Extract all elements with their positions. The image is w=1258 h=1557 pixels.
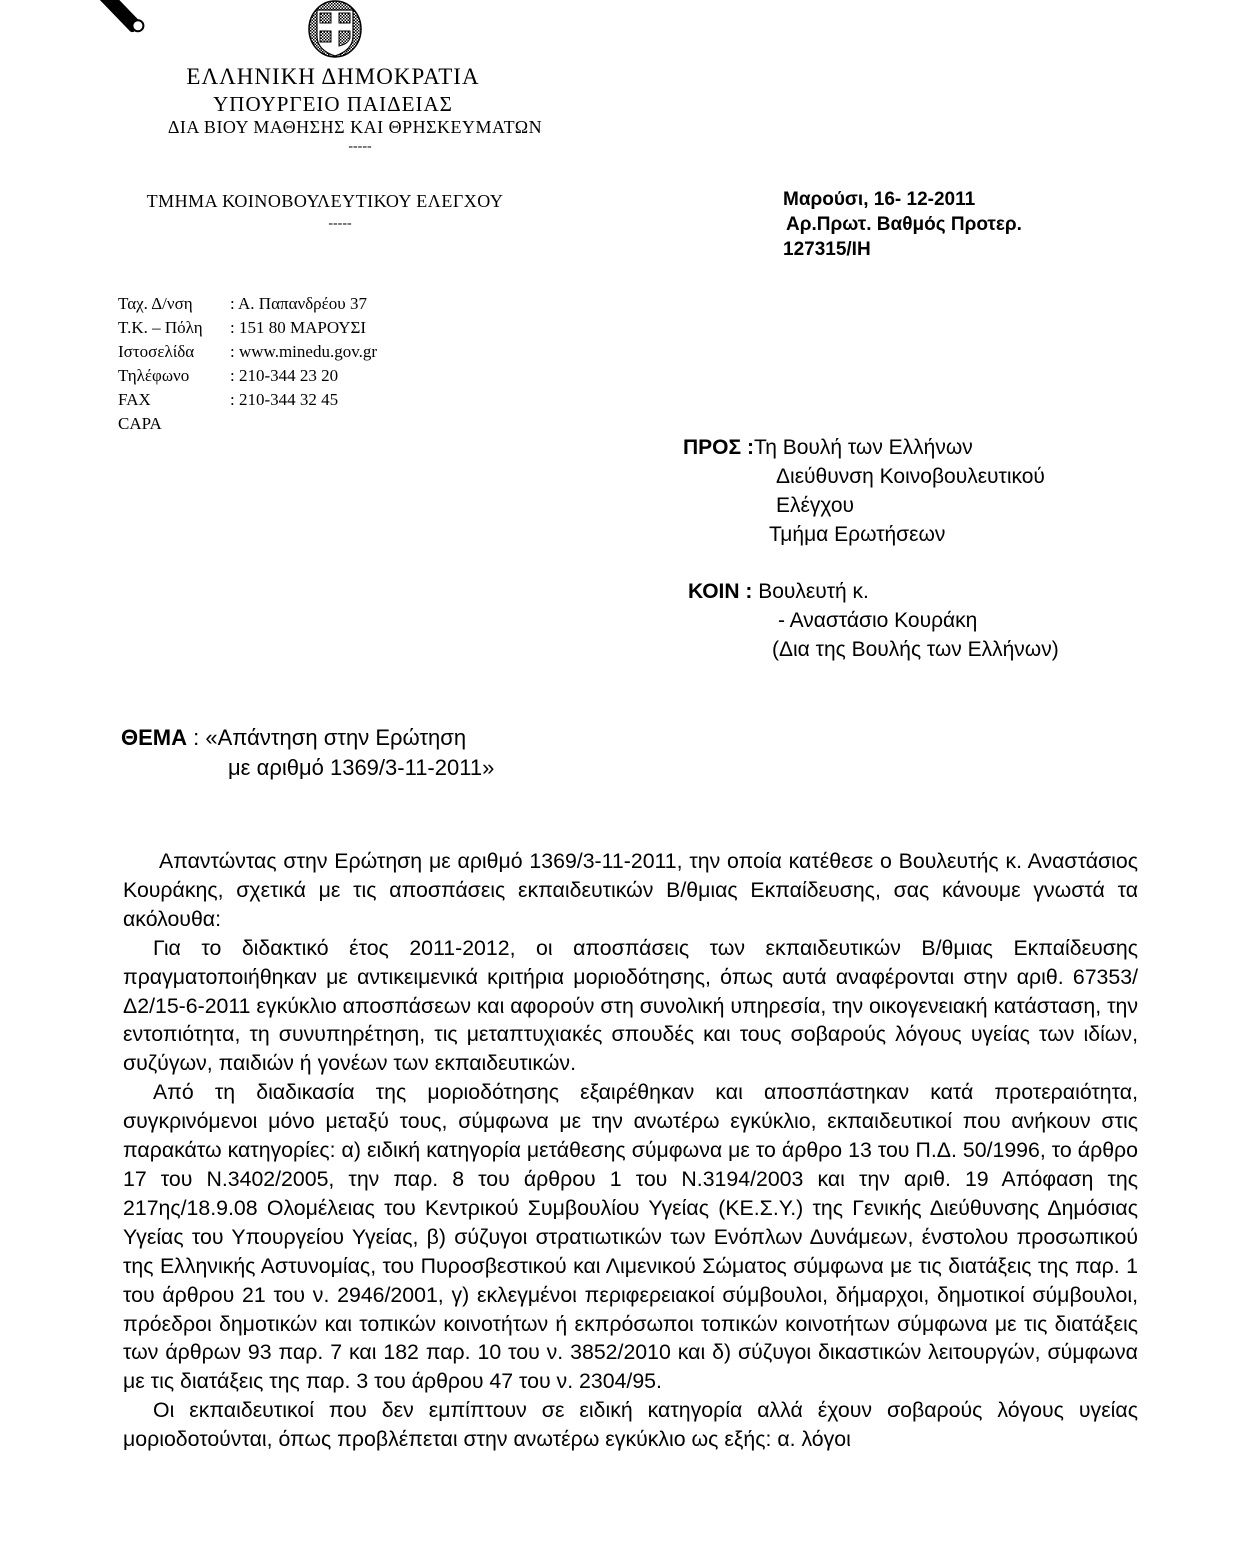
protocol-number: 127315/ΙΗ xyxy=(783,237,1022,262)
recipient-to: ΠΡΟΣ :Τη Βουλή των Ελλήνων Διεύθυνση Κοι… xyxy=(683,433,1045,549)
recipient-line: Βουλευτή κ. xyxy=(758,580,869,603)
body-paragraph: Απαντώντας στην Ερώτηση με αριθμό 1369/3… xyxy=(123,847,1138,934)
contact-value: : 151 80 ΜΑΡΟΥΣΙ xyxy=(230,316,366,340)
contact-row-capa: CAPA xyxy=(118,412,377,436)
recipient-line: Διεύθυνση Κοινοβουλευτικού xyxy=(683,462,1045,491)
contact-label: Ταχ. Δ/νση xyxy=(118,292,230,316)
contact-value: : Α. Παπανδρέου 37 xyxy=(230,292,367,316)
greek-coat-of-arms-icon xyxy=(307,0,363,60)
body-paragraph: Οι εκπαιδευτικοί που δεν εμπίπτουν σε ει… xyxy=(123,1396,1138,1454)
contact-label: FAX xyxy=(118,388,230,412)
recipient-line: Τη Βουλή των Ελλήνων xyxy=(754,436,973,459)
contact-row-website: Ιστοσελίδα : www.minedu.gov.gr xyxy=(118,340,377,364)
letterhead-ministry-subtitle: ΔΙΑ ΒΙΟΥ ΜΑΘΗΣΗΣ ΚΑΙ ΘΡΗΣΚΕΥΜΑΤΩΝ xyxy=(120,117,590,138)
subject-label: ΘΕΜΑ xyxy=(121,725,187,750)
contact-row-postcode: Τ.Κ. – Πόλη : 151 80 ΜΑΡΟΥΣΙ xyxy=(118,316,377,340)
letterhead-ministry: ΥΠΟΥΡΓΕΙΟ ΠΑΙΔΕΙΑΣ xyxy=(160,92,506,117)
contact-label: CAPA xyxy=(118,412,230,436)
contact-label: Τηλέφωνο xyxy=(118,364,230,388)
letterhead-separator: ----- xyxy=(280,216,400,232)
recipient-to-label: ΠΡΟΣ : xyxy=(683,436,754,459)
contact-value-website: : www.minedu.gov.gr xyxy=(230,340,377,364)
recipient-line: - Αναστάσιο Κουράκη xyxy=(688,606,1059,635)
contact-label: Ιστοσελίδα xyxy=(118,340,230,364)
protocol-label: Αρ.Πρωτ. Βαθμός Προτερ. xyxy=(783,212,1022,237)
scan-artifact-mark xyxy=(96,0,142,33)
contact-value: : 210-344 32 45 xyxy=(230,388,338,412)
document-meta: Μαρούσι, 16- 12-2011 Αρ.Πρωτ. Βαθμός Προ… xyxy=(783,187,1022,262)
letter-body: Απαντώντας στην Ερώτηση με αριθμό 1369/3… xyxy=(123,847,1138,1454)
body-paragraph: Από τη διαδικασία της μοριοδότησης εξαιρ… xyxy=(123,1078,1138,1396)
letterhead-department: ΤΜΗΜΑ ΚΟΙΝΟΒΟΥΛΕΥΤΙΚΟΥ ΕΛΕΓΧΟΥ xyxy=(90,191,560,212)
contact-value: : 210-344 23 20 xyxy=(230,364,338,388)
subject: ΘΕΜΑ : «Απάντηση στην Ερώτηση με αριθμό … xyxy=(121,723,494,783)
letterhead-republic: ΕΛΛΗΝΙΚΗ ΔΗΜΟΚΡΑΤΙΑ xyxy=(160,64,506,90)
letterhead-separator: ----- xyxy=(300,139,420,155)
contact-row-fax: FAX : 210-344 32 45 xyxy=(118,388,377,412)
body-paragraph: Για το διδακτικό έτος 2011-2012, οι αποσ… xyxy=(123,934,1138,1079)
subject-line: με αριθμό 1369/3-11-2011» xyxy=(121,753,494,783)
contact-label: Τ.Κ. – Πόλη xyxy=(118,316,230,340)
recipient-line: Ελέγχου xyxy=(683,491,1045,520)
place-date: Μαρούσι, 16- 12-2011 xyxy=(783,187,1022,212)
contact-details: Ταχ. Δ/νση : Α. Παπανδρέου 37 Τ.Κ. – Πόλ… xyxy=(118,292,377,436)
contact-row-address: Ταχ. Δ/νση : Α. Παπανδρέου 37 xyxy=(118,292,377,316)
scanned-letter-page: ΕΛΛΗΝΙΚΗ ΔΗΜΟΚΡΑΤΙΑ ΥΠΟΥΡΓΕΙΟ ΠΑΙΔΕΙΑΣ Δ… xyxy=(0,0,1258,1557)
contact-row-phone: Τηλέφωνο : 210-344 23 20 xyxy=(118,364,377,388)
recipient-cc: ΚΟΙΝ : Βουλευτή κ. - Αναστάσιο Κουράκη (… xyxy=(688,577,1059,664)
subject-line: : «Απάντηση στην Ερώτηση xyxy=(193,725,466,750)
recipient-line: Τμήμα Ερωτήσεων xyxy=(683,520,1045,549)
recipient-cc-label: ΚΟΙΝ : xyxy=(688,580,752,603)
recipient-line: (Δια της Βουλής των Ελλήνων) xyxy=(688,635,1059,664)
